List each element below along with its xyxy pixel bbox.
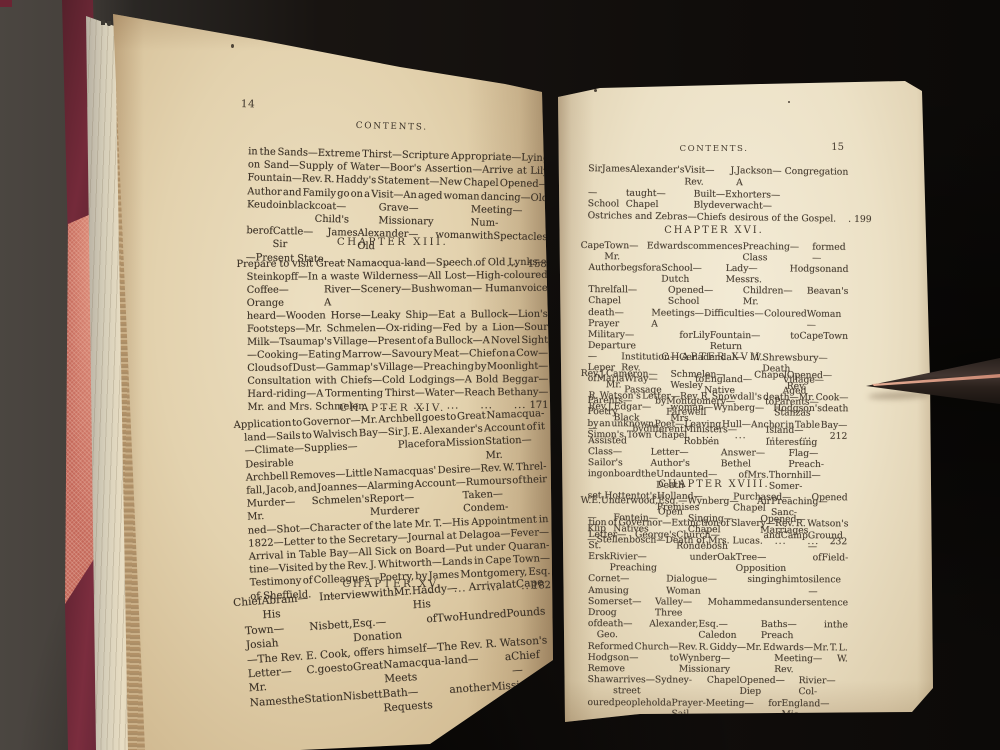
toc-line: Letter—St.George'sChurch—RondeboshandCam… xyxy=(580,529,848,553)
chapter-entry: W.E.Underwood,Esq.—Wynberg—OpenAirPreach… xyxy=(579,495,848,732)
edge-mark xyxy=(101,20,105,25)
continuation-entry: SirJamesAlexander'sVisit—Rev.J.Jackson—A… xyxy=(580,163,849,226)
paper-speck xyxy=(594,89,597,92)
running-header: CONTENTS. xyxy=(580,144,848,154)
toc-line: Class—Sailor'sLetter—Author'sAnswer—Beth… xyxy=(580,446,848,471)
toc-line: Rev.J.Cameron—Mr.Schmelen—WesleyChapelOp… xyxy=(581,368,849,393)
toc-line: —AssistedbydifferentMinisters—RobbenIsla… xyxy=(580,423,848,448)
toc-line: Coffee—OrangeRiver—Scenery—Bushwoman—AHu… xyxy=(237,282,548,310)
toc-line: death—PrayerMeetings—Difficulties—AColou… xyxy=(580,307,848,331)
page-number: 14 xyxy=(241,98,256,110)
toc-line: Military—DepartureforLilyFountain—Return… xyxy=(580,329,848,353)
toc-line: W.E.Underwood,Esq.—Wynberg—OpenAirPreach… xyxy=(580,495,848,519)
chapter-entry: ApplicationtoGovernor—Mr.ArchbellgoestoG… xyxy=(233,407,551,604)
right-page-header: CONTENTS. 15 xyxy=(580,140,848,158)
toc-line-with-ref: Ostriches and Zebras—Chiefs desirous of … xyxy=(580,210,848,226)
book-photo: 14 CONTENTS. intheSands—ExtremeThirst—Sc… xyxy=(0,0,1000,750)
chapter-heading: CHAPTER XVIII. xyxy=(580,479,848,493)
toc-line: Rev.J.Edgar—Blackwoman—Wynberg—Mrs.Hodgs… xyxy=(580,401,848,426)
toc-line: Hodgson—RemovetoWynberg—MissionaryMeetin… xyxy=(580,652,848,676)
paper-speck xyxy=(231,44,234,48)
chapter-entry: PreparetovisitGreatNamacqua-land—Speecho… xyxy=(236,256,548,414)
paper-speck xyxy=(788,101,790,103)
page-ref: 199 xyxy=(854,214,872,226)
toc-line: AuthorbegsforaSchool—DutchLady—Messrs.Ho… xyxy=(580,262,848,286)
toc-line: ErskRivier—PreachingunderOakTree—Opposit… xyxy=(580,551,848,575)
toc-line: Shawarrives—Sydney-streetChapelOpened—Di… xyxy=(580,674,848,698)
running-header: CONTENTS. xyxy=(236,118,547,136)
toc-line: CapeTown—Mr.EdwardscommencesPreaching—Cl… xyxy=(581,240,849,264)
toc-line: Somerset—DroogValley—ThreeMohammedansund… xyxy=(580,596,848,620)
page-number: 15 xyxy=(831,142,844,153)
chapter-heading: CHAPTER XVII. xyxy=(580,352,848,366)
left-page[interactable]: 14 CONTENTS. intheSands—ExtremeThirst—Sc… xyxy=(113,14,555,750)
chapter-heading: CHAPTER XIII. xyxy=(237,236,548,250)
toc-line: ofdeath—Geo.Alexander,Esq.—CaledonBaths—… xyxy=(580,618,848,642)
toc-line-end: Ostriches and Zebras—Chiefs desirous of … xyxy=(588,210,837,225)
chapter-heading: CHAPTER XVI. xyxy=(580,225,848,239)
cover-corner-fragment xyxy=(0,0,12,7)
toc-line: Cornet—AmusingDialogue—Womansinginghimto… xyxy=(580,573,848,597)
edge-mark xyxy=(107,21,111,26)
right-page[interactable]: CONTENTS. 15 SirJamesAlexander'sVisit—Re… xyxy=(556,78,936,726)
dot-leaders: ... ... xyxy=(836,214,852,226)
toc-line: Threlfall—ChapelOpened—SchoolChildren—Mr… xyxy=(580,284,848,308)
left-page-header: 14 CONTENTS. xyxy=(236,98,548,146)
continuation-entry: intheSands—ExtremeThirst—ScriptureApprop… xyxy=(236,145,550,271)
